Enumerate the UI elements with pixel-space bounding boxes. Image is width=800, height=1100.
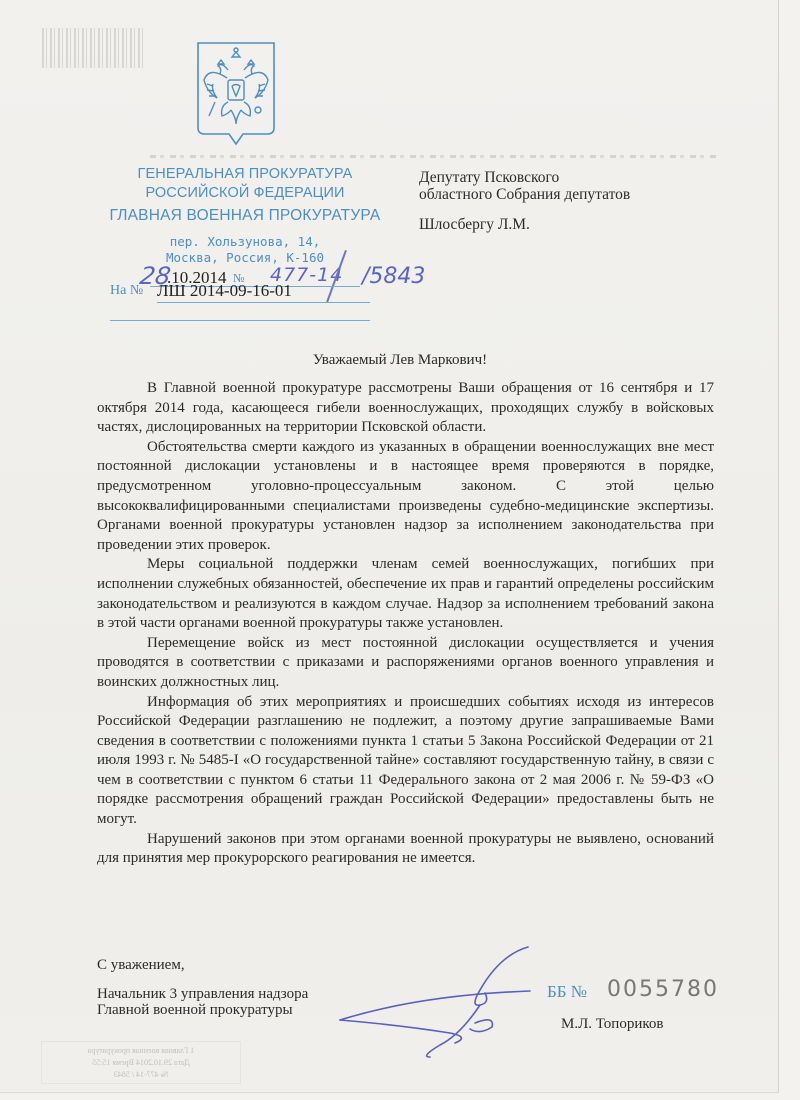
org-name: ГЕНЕРАЛЬНАЯ ПРОКУРАТУРА РОССИЙСКОЙ ФЕДЕР…: [100, 165, 390, 203]
closing-regards: С уважением,: [97, 957, 185, 974]
paragraph: Информация об этих мероприятиях и происш…: [97, 693, 714, 830]
russian-coat-of-arms-icon: [195, 40, 277, 146]
form-serial-number: 0055780: [607, 977, 719, 1002]
paragraph: Перемещение войск из мест постоянной дис…: [97, 634, 714, 693]
reply-to-label: На №: [110, 283, 143, 299]
org-line-2: РОССИЙСКОЙ ФЕДЕРАЦИИ: [100, 184, 390, 203]
handwritten-reg-suffix: /5843: [362, 264, 425, 289]
position-line-1: Начальник 3 управления надзора: [97, 986, 308, 1002]
handwritten-signature-icon: [330, 945, 560, 1075]
show-through-stamp: 1 Главная военная прокуратура Дата 29.10…: [41, 1041, 241, 1084]
paragraph: Меры социальной поддержки членам семей в…: [97, 555, 714, 633]
letter-page: ГЕНЕРАЛЬНАЯ ПРОКУРАТУРА РОССИЙСКОЙ ФЕДЕР…: [0, 0, 779, 1093]
sub-org-name: ГЛАВНАЯ ВОЕННАЯ ПРОКУРАТУРА: [100, 207, 390, 225]
scan-edge-right: [779, 0, 800, 1100]
letter-body: В Главной военной прокуратуре рассмотрен…: [97, 379, 714, 869]
addressee-block: Депутату Псковского областного Собрания …: [419, 169, 630, 203]
barcode-icon: [42, 28, 146, 68]
signer-name: М.Л. Топориков: [561, 1016, 663, 1033]
addressee-line-1: Депутату Псковского: [419, 169, 630, 186]
org-line-1: ГЕНЕРАЛЬНАЯ ПРОКУРАТУРА: [100, 165, 390, 184]
addressee-name: Шлосбергу Л.М.: [419, 216, 530, 234]
paragraph: В Главной военной прокуратуре рассмотрен…: [97, 379, 714, 438]
blank-underline: [110, 320, 370, 321]
position-line-2: Главной военной прокуратуры: [97, 1002, 308, 1018]
show-through-text: [150, 155, 720, 158]
scan-edge-bottom: [0, 1093, 800, 1100]
salutation: Уважаемый Лев Маркович!: [0, 352, 800, 369]
paragraph: Обстоятельства смерти каждого из указанн…: [97, 438, 714, 556]
form-series-label: ББ №: [547, 982, 587, 1002]
reply-to-number: ЛШ 2014-09-16-01: [157, 281, 292, 301]
address-line-1: пер. Хользунова, 14,: [120, 234, 370, 250]
paragraph: Нарушений законов при этом органами воен…: [97, 830, 714, 869]
signer-position: Начальник 3 управления надзора Главной в…: [97, 986, 308, 1018]
addressee-line-2: областного Собрания депутатов: [419, 186, 630, 203]
reply-underline: [157, 302, 370, 303]
